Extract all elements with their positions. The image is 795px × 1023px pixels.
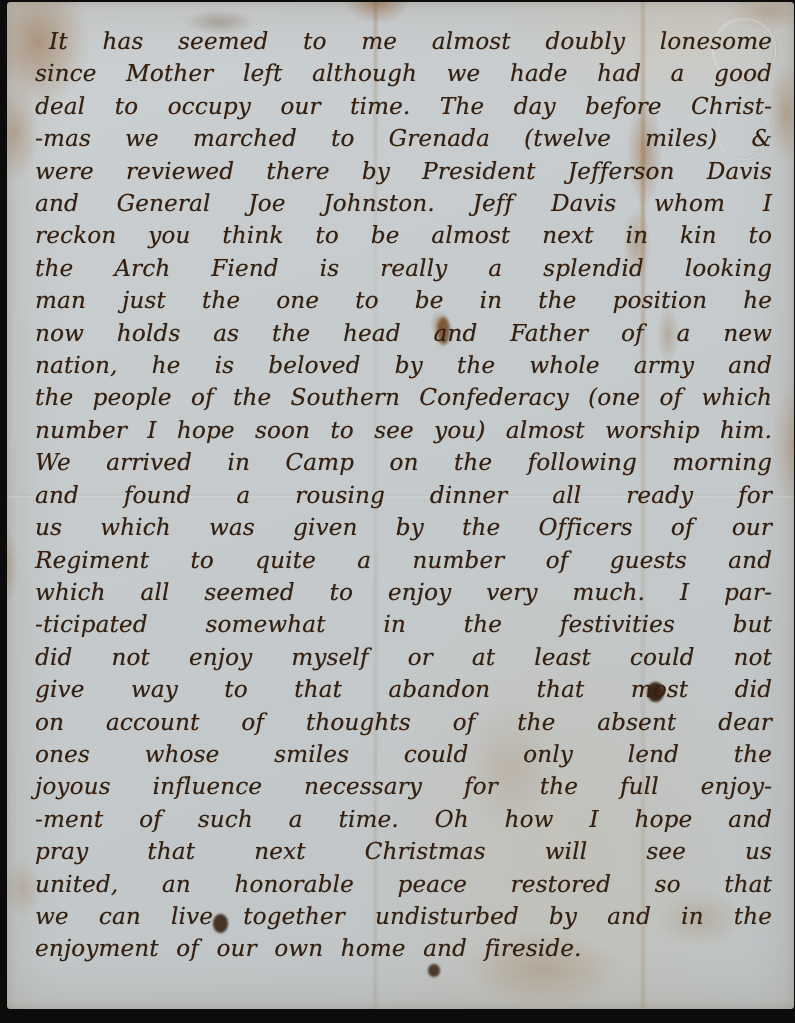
letter-line: ones whose smiles could only lend the (35, 739, 772, 771)
letter-line: deal to occupy our time. The day before … (35, 91, 772, 123)
letter-line: enjoyment of our own home and fireside. (35, 933, 772, 965)
letter-line: nation, he is beloved by the whole army … (35, 350, 772, 382)
letter-line: now holds as the head and Father of a ne… (35, 318, 772, 350)
letter-line: reckon you think to be almost next in ki… (35, 220, 772, 252)
letter-line: the Arch Fiend is really a splendid look… (35, 253, 772, 285)
letter-line: give way to that abandon that most did (35, 674, 772, 706)
letter-line: since Mother left although we hade had a… (35, 58, 772, 90)
letter-line: -mas we marched to Grenada (twelve miles… (35, 123, 772, 155)
letter-line: -ticipated somewhat in the festivities b… (35, 609, 772, 641)
letter-line: and General Joe Johnston. Jeff Davis who… (35, 188, 772, 220)
ink-blot-4 (428, 964, 440, 977)
letter-line: pray that next Christmas will see us (35, 836, 772, 868)
letter-page: It has seemed to me almost doubly loneso… (7, 2, 794, 1009)
letter-line: were reviewed there by President Jeffers… (35, 156, 772, 188)
letter-line: -ment of such a time. Oh how I hope and (35, 804, 772, 836)
letter-line: It has seemed to me almost doubly loneso… (35, 26, 772, 58)
letter-line: us which was given by the Officers of ou… (35, 512, 772, 544)
letter-line: united, an honorable peace restored so t… (35, 869, 772, 901)
letter-line: the people of the Southern Confederacy (… (35, 382, 772, 414)
letter-text: It has seemed to me almost doubly loneso… (35, 26, 772, 966)
letter-line: Regiment to quite a number of guests and (35, 545, 772, 577)
letter-line: joyous influence necessary for the full … (35, 771, 772, 803)
letter-line: and found a rousing dinner all ready for (35, 480, 772, 512)
letter-line: We arrived in Camp on the following morn… (35, 447, 772, 479)
letter-line: did not enjoy myself or at least could n… (35, 642, 772, 674)
letter-line: man just the one to be in the position h… (35, 285, 772, 317)
letter-line: number I hope soon to see you) almost wo… (35, 415, 772, 447)
scanned-letter: It has seemed to me almost doubly loneso… (0, 0, 795, 1023)
letter-line: which all seemed to enjoy very much. I p… (35, 577, 772, 609)
letter-line: on account of thoughts of the absent dea… (35, 707, 772, 739)
letter-line: we can live together undisturbed by and … (35, 901, 772, 933)
